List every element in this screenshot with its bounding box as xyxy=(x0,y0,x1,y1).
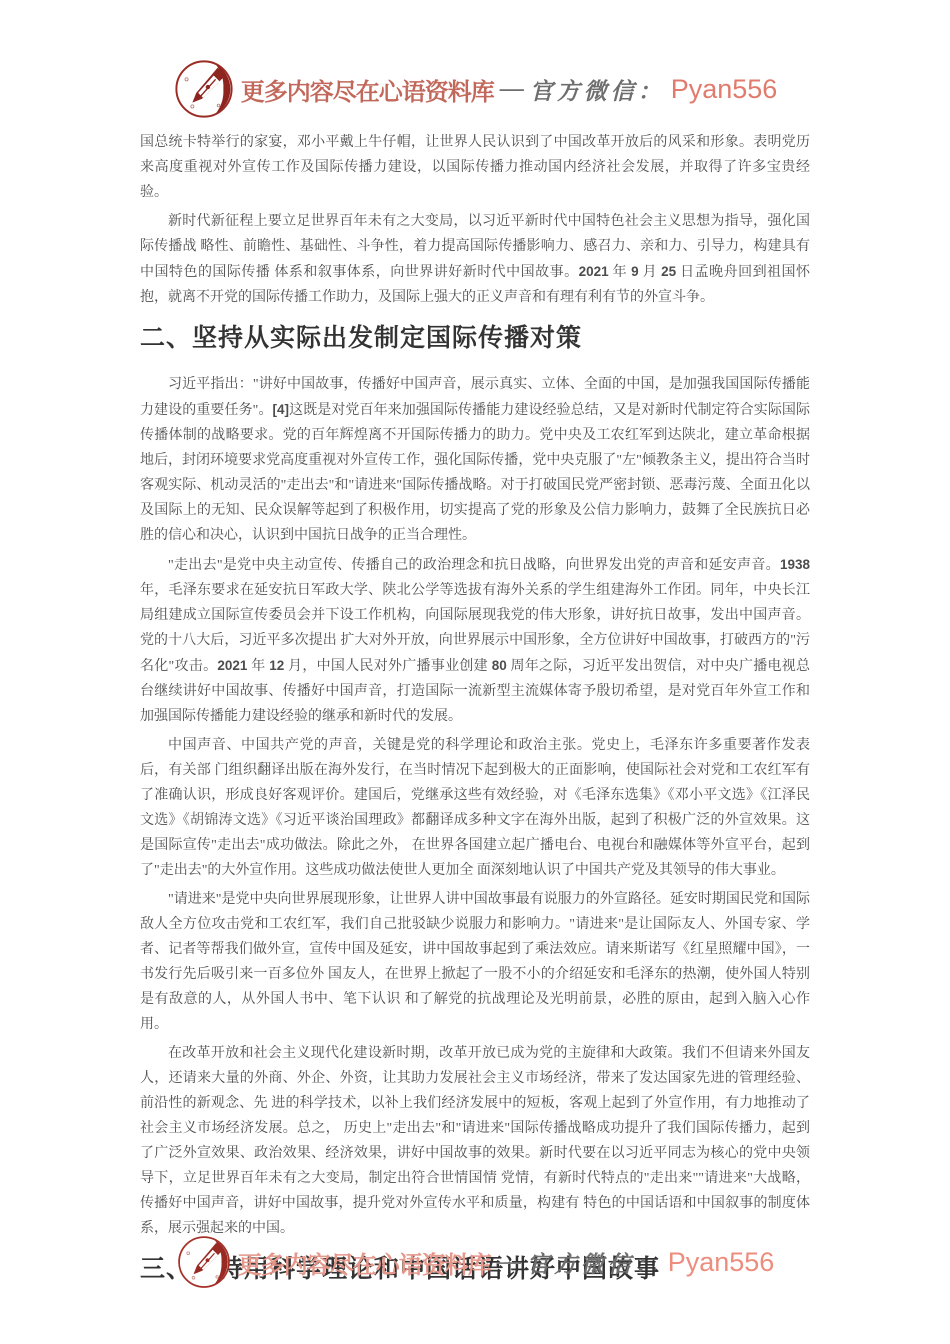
bold-run: 9 xyxy=(631,264,639,279)
header-branding: 更多内容尽在心语资料库 — 官方微信： Pyan556 xyxy=(0,58,950,120)
footer-brand-text: 更多内容尽在心语资料库 xyxy=(238,1245,491,1280)
body-paragraph: "走出去"是党中央主动宣传、传播自己的政治理念和抗日战略，向世界发出党的声音和延… xyxy=(140,552,810,729)
footer-wechat-account: Pyan556 xyxy=(668,1247,775,1278)
document-content: 国总统卡特举行的家宴，邓小平戴上牛仔帽，让世界人民认识到了中国改革开放后的风采和… xyxy=(140,130,810,1303)
text-run: 年 xyxy=(609,265,631,280)
text-run: 中国声音、中国共产党的声音，关键是党的科学理论和政治主张。党史上，毛泽东许多重要… xyxy=(140,738,810,878)
bold-run: 12 xyxy=(269,658,284,673)
document-page: 更多内容尽在心语资料库 — 官方微信： Pyan556 国总统卡特举行的家宴，邓… xyxy=(0,0,950,1344)
body-paragraph: 新时代新征程上要立足世界百年未有之大变局，以习近平新时代中国特色社会主义思想为指… xyxy=(140,209,810,310)
text-run: "请进来"是党中央向世界展现形象，让世界人讲中国故事最有说服力的外宣路径。延安时… xyxy=(140,892,810,1032)
footer-branding: 更多内容尽在心语资料库 — 官方微信： Pyan556 xyxy=(0,1234,950,1290)
text-run: "走出去"是党中央主动宣传、传播自己的政治理念和抗日战略，向世界发出党的声音和延… xyxy=(168,558,780,573)
body-paragraph: "请进来"是党中央向世界展现形象，让世界人讲中国故事最有说服力的外宣路径。延安时… xyxy=(140,887,810,1037)
text-run: 在改革开放和社会主义现代化建设新时期，改革开放已成为党的主旋律和大政策。我们不但… xyxy=(140,1046,810,1236)
body-paragraph: 习近平指出："讲好中国故事，传播好中国声音，展示真实、立体、全面的中国，是加强我… xyxy=(140,372,810,548)
bold-run: 25 xyxy=(661,264,676,279)
pen-logo-icon xyxy=(176,1234,232,1290)
bold-run: 1938 xyxy=(780,557,810,572)
body-paragraph: 在改革开放和社会主义现代化建设新时期，改革开放已成为党的主旋律和大政策。我们不但… xyxy=(140,1041,810,1241)
footer-wechat-label: 官方微信： xyxy=(527,1246,662,1279)
text-run: 月 xyxy=(639,265,661,280)
text-run: 这既是对党百年来加强国际传播能力建设经验总结，又是对新时代制定符合实际国际传播体… xyxy=(140,403,810,543)
section-heading: 二、坚持从实际出发制定国际传播对策 xyxy=(140,322,810,356)
body-paragraph: 国总统卡特举行的家宴，邓小平戴上牛仔帽，让世界人民认识到了中国改革开放后的风采和… xyxy=(140,130,810,205)
text-run: 年 xyxy=(247,659,269,674)
bold-run: 2021 xyxy=(217,658,247,673)
bold-run: [4] xyxy=(273,402,290,417)
text-run: 国总统卡特举行的家宴，邓小平戴上牛仔帽，让世界人民认识到了中国改革开放后的风采和… xyxy=(140,135,810,200)
header-brand-text: 更多内容尽在心语资料库 xyxy=(241,72,494,107)
text-run: 月，中国人民对外广播事业创建 xyxy=(284,659,491,674)
header-wechat-account: Pyan556 xyxy=(671,74,778,105)
header-dash: — xyxy=(500,76,524,103)
footer-dash: — xyxy=(497,1249,521,1276)
bold-run: 2021 xyxy=(579,264,609,279)
bold-run: 80 xyxy=(492,658,507,673)
pen-logo-icon xyxy=(173,58,235,120)
body-paragraph: 中国声音、中国共产党的声音，关键是党的科学理论和政治主张。党史上，毛泽东许多重要… xyxy=(140,733,810,883)
header-wechat-label: 官方微信： xyxy=(530,73,665,106)
